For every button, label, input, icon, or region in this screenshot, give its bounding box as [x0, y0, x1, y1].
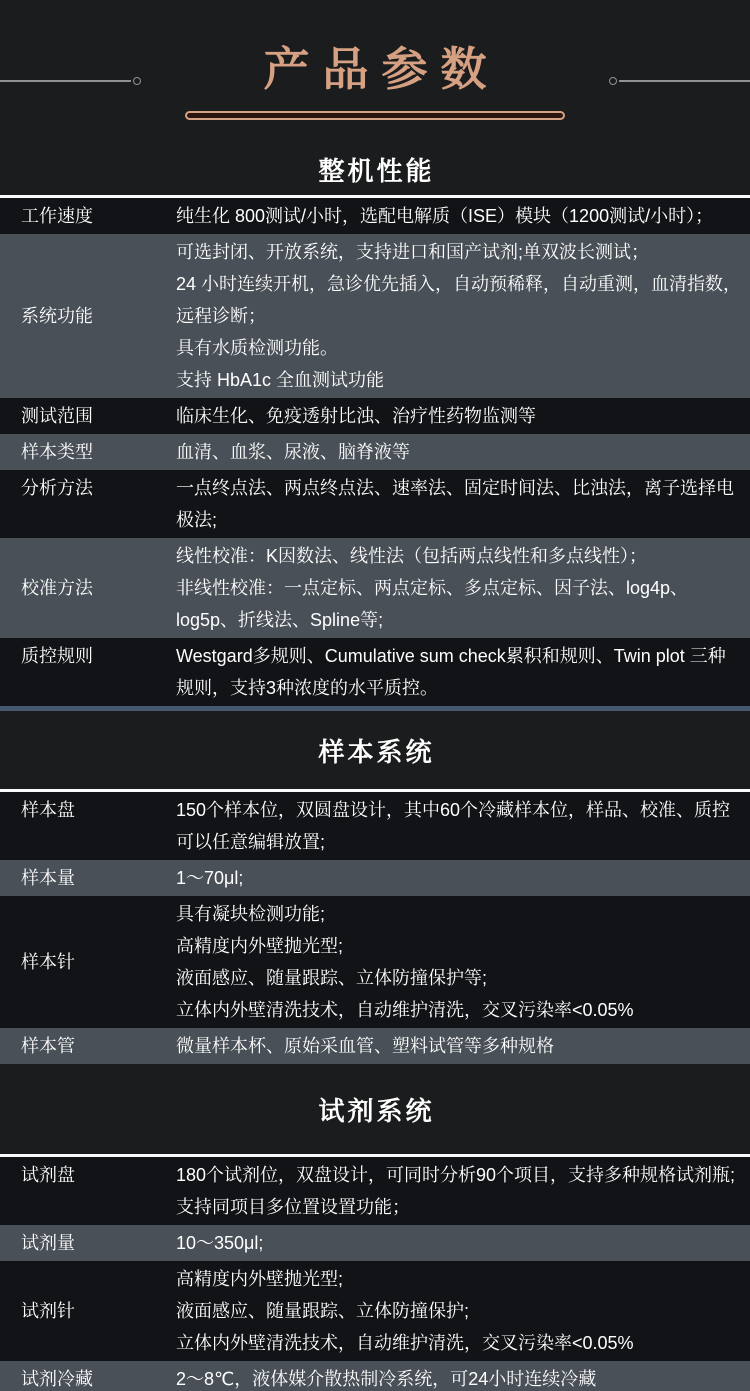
spec-row-sample-tray: 样本盘 150个样本位，双圆盘设计，其中60个冷藏样本位，样品、校准、质控可以任… [0, 792, 750, 860]
spec-label: 系统功能 [0, 300, 176, 332]
spec-row-sample-tube: 样本管 微量样本杯、原始采血管、塑料试管等多种规格 [0, 1028, 750, 1064]
spec-label: 测试范围 [0, 400, 176, 432]
spec-row-qc-rules: 质控规则 Westgard多规则、Cumulative sum check累积和… [0, 638, 750, 706]
spec-row-analysis-methods: 分析方法 一点终点法、两点终点法、速率法、固定时间法、比浊法，离子选择电极法; [0, 470, 750, 538]
spec-label: 试剂针 [0, 1295, 176, 1327]
spec-value: 线性校准：K因数法、线性法（包括两点线性和多点线性）； 非线性校准：一点定标、两… [176, 540, 750, 636]
spec-label: 样本盘 [0, 794, 176, 826]
spec-label: 工作速度 [0, 200, 176, 232]
section-sample-system: 样本系统 样本盘 150个样本位，双圆盘设计，其中60个冷藏样本位，样品、校准、… [0, 711, 750, 1064]
spec-label: 样本管 [0, 1030, 176, 1062]
spec-value: 高精度内外壁抛光型; 液面感应、随量跟踪、立体防撞保护; 立体内外壁清洗技术，自… [176, 1263, 750, 1359]
product-parameters-page: 产品参数 整机性能 工作速度 纯生化 800测试/小时，选配电解质（ISE）模块… [0, 0, 750, 1391]
spec-value: 2～8℃，液体媒介散热制冷系统，可24小时连续冷藏 [176, 1363, 750, 1391]
spec-row-sample-probe: 样本针 具有凝块检测功能; 高精度内外壁抛光型; 液面感应、随量跟踪、立体防撞保… [0, 896, 750, 1028]
spec-row-sample-volume: 样本量 1～70μl; [0, 860, 750, 896]
spec-row-reagent-cooling: 试剂冷藏 2～8℃，液体媒介散热制冷系统，可24小时连续冷藏 [0, 1361, 750, 1391]
spec-label: 样本针 [0, 946, 176, 978]
decorative-line-left [0, 80, 131, 82]
title-underline [185, 111, 565, 120]
section-title: 试剂系统 [0, 1064, 750, 1154]
spec-value: 微量样本杯、原始采血管、塑料试管等多种规格 [176, 1030, 750, 1062]
spec-value: 10～350μl; [176, 1227, 750, 1259]
spec-value: 纯生化 800测试/小时，选配电解质（ISE）模块（1200测试/小时）； [176, 200, 750, 232]
page-title: 产品参数 [0, 0, 750, 98]
section-reagent-system: 试剂系统 试剂盘 180个试剂位，双盘设计，可同时分析90个项目，支持多种规格试… [0, 1064, 750, 1391]
decorative-line-right [619, 80, 750, 82]
section-title: 样本系统 [0, 711, 750, 789]
spec-value: 150个样本位，双圆盘设计，其中60个冷藏样本位，样品、校准、质控可以任意编辑放… [176, 794, 750, 858]
spec-value: 可选封闭、开放系统，支持进口和国产试剂;单双波长测试； 24 小时连续开机，急诊… [176, 236, 750, 396]
spec-label: 校准方法 [0, 572, 176, 604]
spec-row-reagent-volume: 试剂量 10～350μl; [0, 1225, 750, 1261]
spec-label: 试剂盘 [0, 1159, 176, 1191]
spec-row-reagent-probe: 试剂针 高精度内外壁抛光型; 液面感应、随量跟踪、立体防撞保护; 立体内外壁清洗… [0, 1261, 750, 1361]
spec-value: Westgard多规则、Cumulative sum check累积和规则、Tw… [176, 640, 750, 704]
spec-label: 质控规则 [0, 640, 176, 672]
spec-row-calibration-methods: 校准方法 线性校准：K因数法、线性法（包括两点线性和多点线性）； 非线性校准：一… [0, 538, 750, 638]
spec-row-system-functions: 系统功能 可选封闭、开放系统，支持进口和国产试剂;单双波长测试； 24 小时连续… [0, 234, 750, 398]
spec-row-reagent-tray: 试剂盘 180个试剂位，双盘设计，可同时分析90个项目，支持多种规格试剂瓶;支持… [0, 1157, 750, 1225]
section-title: 整机性能 [0, 143, 750, 195]
spec-value: 一点终点法、两点终点法、速率法、固定时间法、比浊法，离子选择电极法; [176, 472, 750, 536]
section-overall-performance: 整机性能 工作速度 纯生化 800测试/小时，选配电解质（ISE）模块（1200… [0, 143, 750, 706]
spec-row-work-speed: 工作速度 纯生化 800测试/小时，选配电解质（ISE）模块（1200测试/小时… [0, 198, 750, 234]
spec-value: 180个试剂位，双盘设计，可同时分析90个项目，支持多种规格试剂瓶;支持同项目多… [176, 1159, 750, 1223]
spec-label: 样本类型 [0, 436, 176, 468]
spec-label: 分析方法 [0, 472, 176, 504]
spec-label: 试剂冷藏 [0, 1363, 176, 1391]
spec-row-sample-types: 样本类型 血清、血浆、尿液、脑脊液等 [0, 434, 750, 470]
spec-value: 1～70μl; [176, 862, 750, 894]
spec-value: 临床生化、免疫透射比浊、治疗性药物监测等 [176, 400, 750, 432]
title-block: 产品参数 [0, 0, 750, 143]
spec-value: 血清、血浆、尿液、脑脊液等 [176, 436, 750, 468]
spec-row-test-range: 测试范围 临床生化、免疫透射比浊、治疗性药物监测等 [0, 398, 750, 434]
spec-label: 样本量 [0, 862, 176, 894]
spec-label: 试剂量 [0, 1227, 176, 1259]
spec-value: 具有凝块检测功能; 高精度内外壁抛光型; 液面感应、随量跟踪、立体防撞保护等; … [176, 898, 750, 1026]
